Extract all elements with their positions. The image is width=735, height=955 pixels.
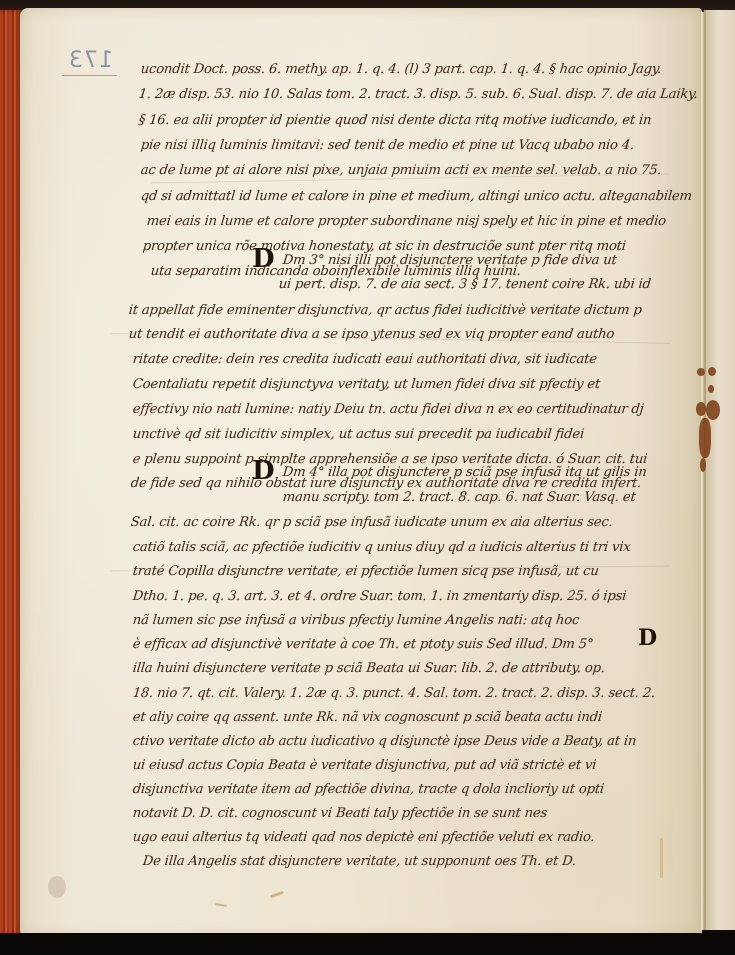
text-line: ucondit Doct. poss. 6. methy. ap. 1. q. … <box>140 63 662 76</box>
ink-stain <box>708 367 716 376</box>
paper-stain <box>270 891 284 899</box>
text-line: 1. 2æ disp. 53. nio 10. Salas tom. 2. tr… <box>138 88 698 101</box>
ink-stain <box>699 418 711 458</box>
text-line-heading: Dm 4° illa pot disjunctere p sciã pse in… <box>282 466 647 479</box>
text-line: § 16. ea alii propter id pientie quod ni… <box>138 114 652 127</box>
decorated-initial: D <box>638 625 657 651</box>
text-line: nã lumen sic pse infusã a viribus pfecti… <box>132 614 580 627</box>
paper-stain <box>48 876 66 898</box>
text-line: ctivo veritate dicto ab actu iudicativo … <box>132 735 637 748</box>
text-line: è efficax ad disjunctivè veritate à coe … <box>132 638 594 651</box>
text-line: ugo eaui alterius tq videati qad nos dep… <box>132 831 595 844</box>
decorated-initial: D <box>252 456 275 486</box>
ink-stain <box>706 400 720 420</box>
text-line: 18. nio 7. qt. cit. Valery. 1. 2æ q. 3. … <box>132 687 656 700</box>
decorated-initial: D <box>252 244 275 274</box>
text-line: unctivè qd sit iudicitiv simplex, ut act… <box>132 428 585 441</box>
text-line: disjunctiva veritate item ad pfectiõe di… <box>132 783 605 796</box>
text-line: qd si admittatl id lume et calore in pin… <box>140 190 693 203</box>
text-line: ui pert. disp. 7. de aia sect. 3 § 17. t… <box>278 278 651 291</box>
folio-number: 173 <box>62 48 117 76</box>
text-line: catiõ talis sciã, ac pfectiõe iudicitiv … <box>132 541 631 554</box>
text-line: ut tendit ei authoritate diva a se ipso … <box>128 328 615 341</box>
text-line: notavit D. D. cit. cognoscunt vi Beati t… <box>132 807 548 820</box>
text-line: mei eais in lume et calore propter subor… <box>146 215 667 228</box>
text-line: ac de lume pt ai alore nisi pixe, unjaia… <box>140 164 662 177</box>
text-line: Dtho. 1. pe. q. 3. art. 3. et 4. ordre S… <box>132 590 627 603</box>
text-line: De illa Angelis stat disjunctere veritat… <box>142 855 577 868</box>
text-line: illa huini disjunctere veritate p sciã B… <box>132 662 606 675</box>
scan-bottom-shadow <box>0 933 735 955</box>
ink-stain <box>696 402 706 416</box>
paper-stain <box>660 838 663 878</box>
text-line: et aliy coire qq assent. unte Rk. nã vix… <box>132 711 603 724</box>
paper-stain <box>215 903 227 907</box>
text-line: effectivy nio nati lumine: natiy Deiu tn… <box>132 403 644 416</box>
text-line: Sal. cit. ac coire Rk. qr p sciã pse inf… <box>130 516 613 529</box>
text-line: ui eiusd actus Copia Beata è veritate di… <box>132 759 597 772</box>
text-line: manu scripty. tom 2. tract. 8. cap. 6. n… <box>282 491 636 504</box>
text-line: ritate credite: dein res credita iudicat… <box>132 353 598 366</box>
ink-stain <box>708 385 714 393</box>
next-page-edge <box>704 10 735 930</box>
manuscript-page: 173 ucondit Doct. poss. 6. methy. ap. 1.… <box>20 8 702 936</box>
ink-stain <box>697 368 705 376</box>
text-line: it appellat fide eminenter disjunctiva, … <box>128 304 642 317</box>
text-line: Coentaliatu repetit disjunctyva veritaty… <box>132 378 601 391</box>
ink-stain <box>700 458 706 472</box>
text-line: traté Copilla disjunctre veritate, ei pf… <box>132 565 599 578</box>
red-page-edges <box>0 10 22 935</box>
text-line: pie nisi illiq luminis limitavi: sed ten… <box>140 139 635 152</box>
text-line: propter unica rõe motiva honestaty, at s… <box>142 240 626 253</box>
text-line-heading: Dm 3° nisi illi pot disjunctere veritate… <box>282 254 617 267</box>
